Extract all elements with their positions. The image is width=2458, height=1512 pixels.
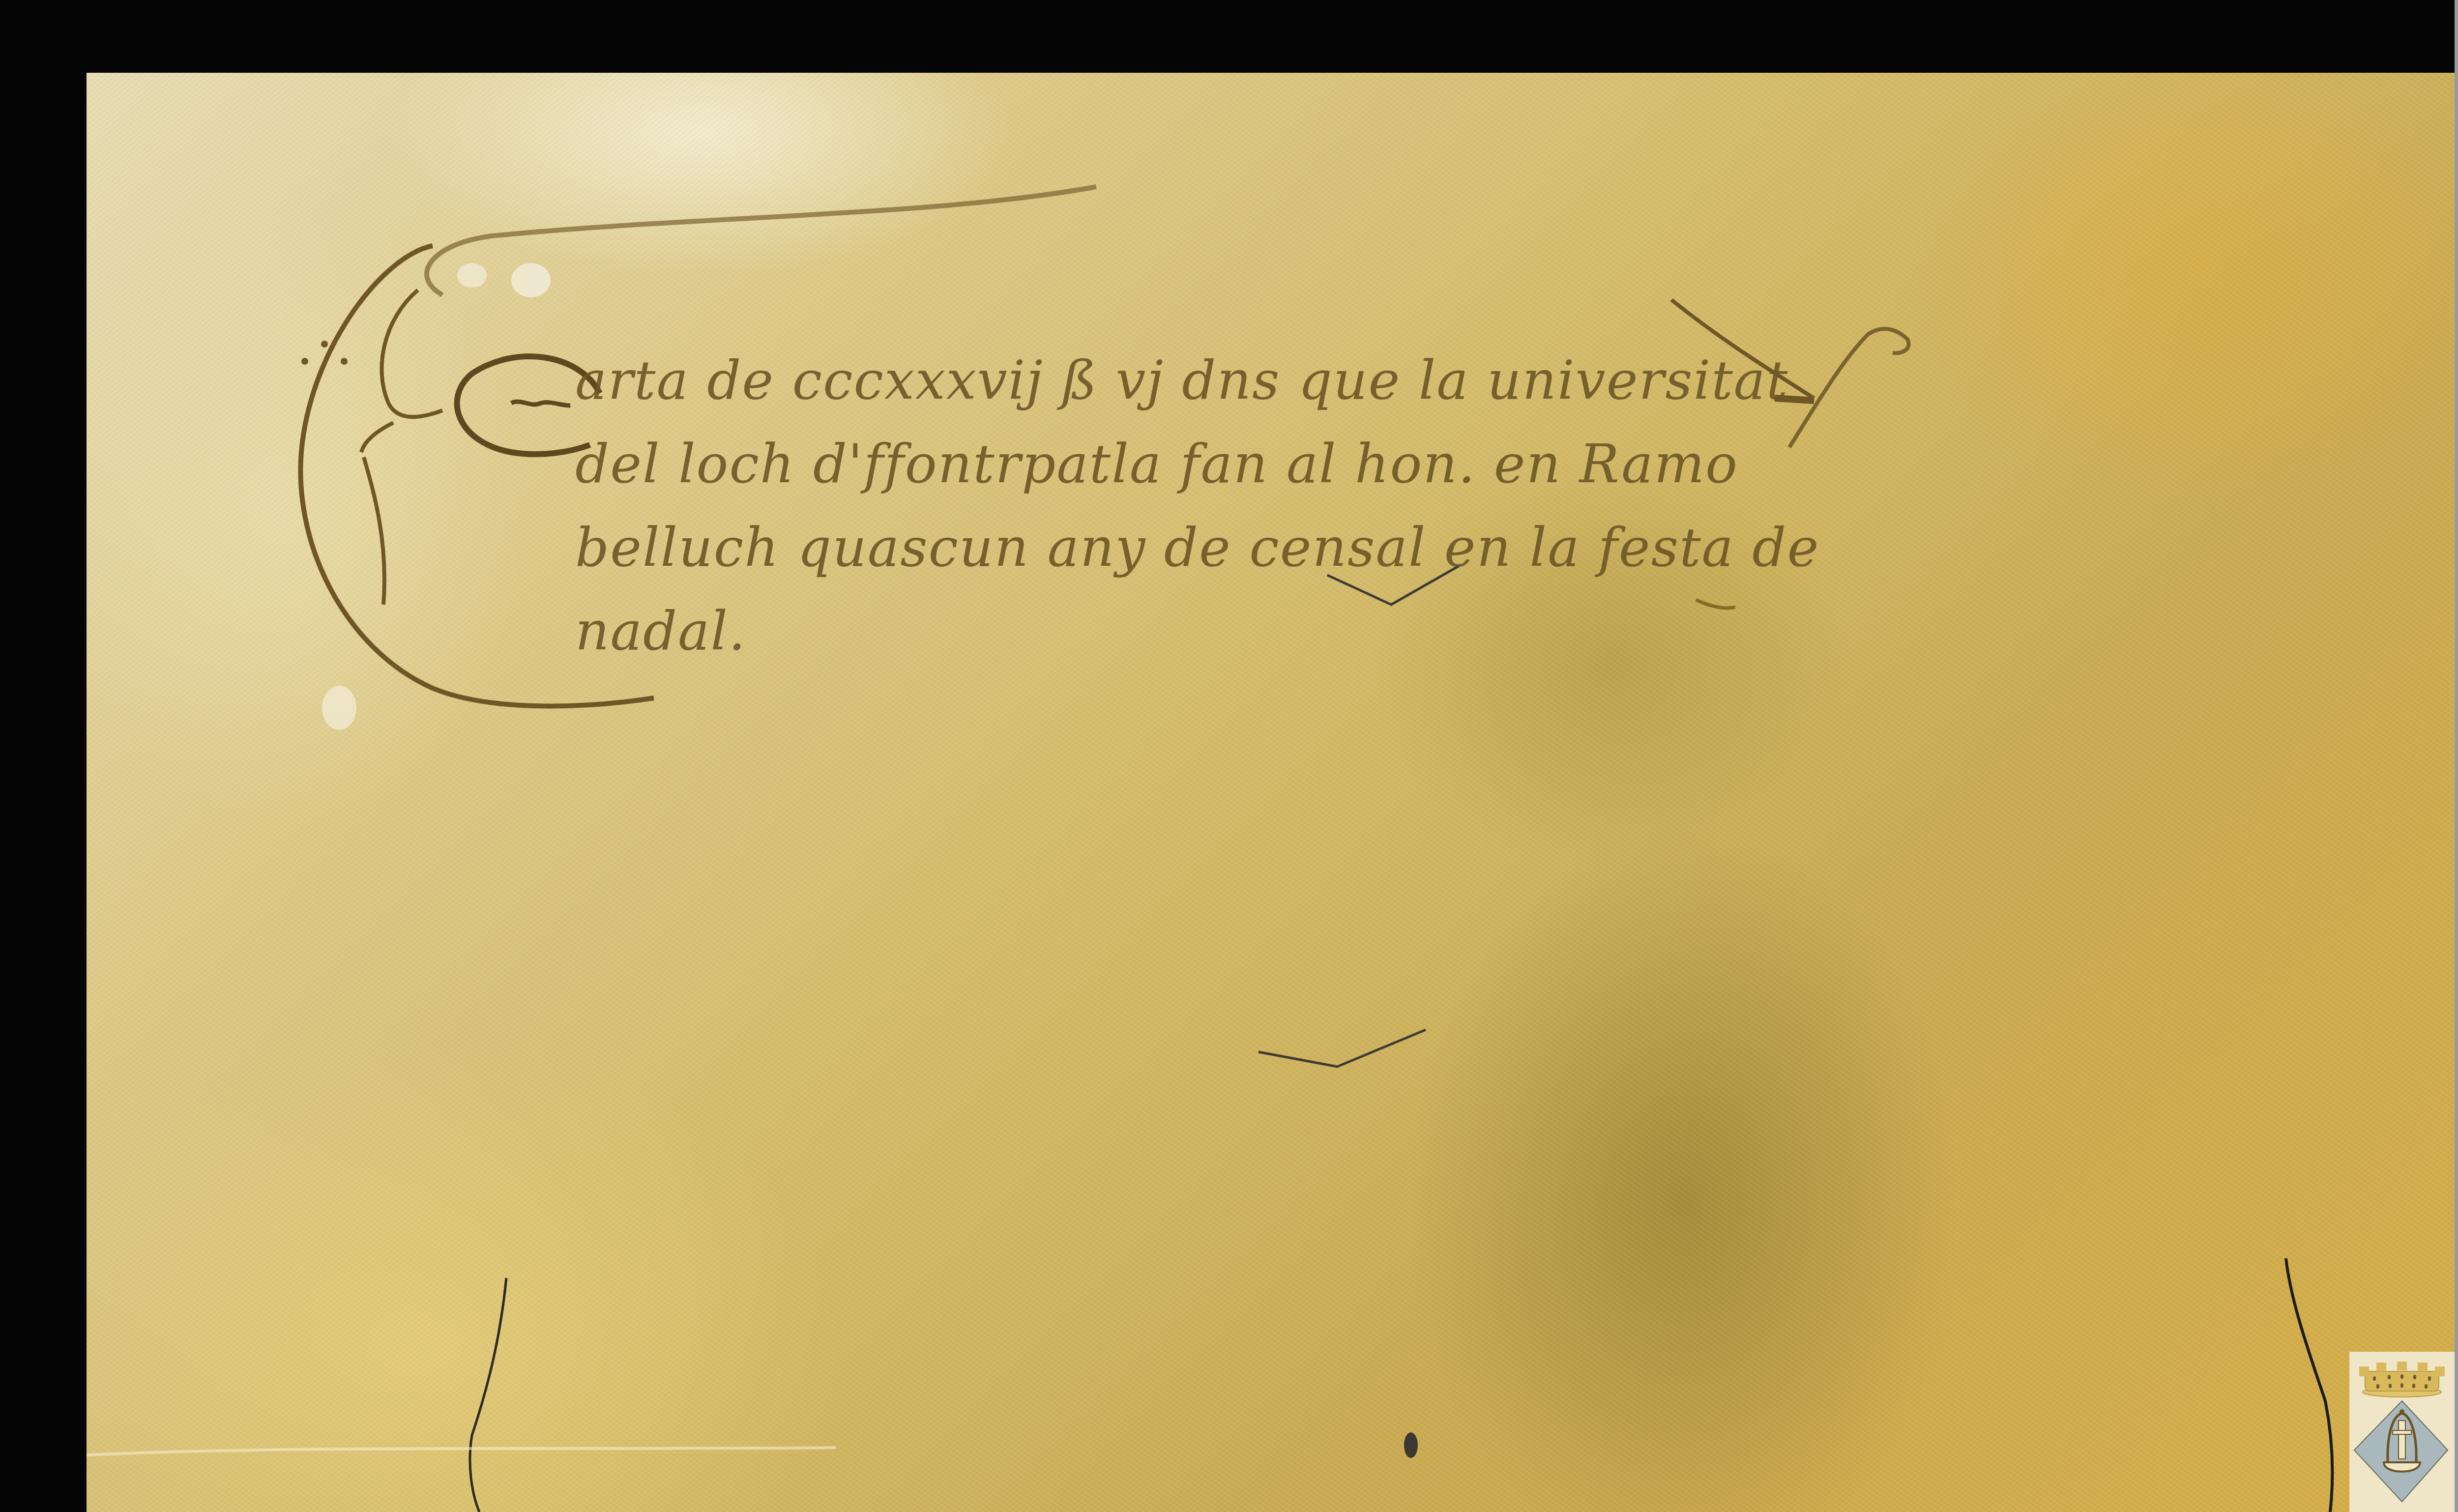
inner-bracket-stroke [361,290,442,605]
dark-hole [1404,1432,1418,1458]
crease-line [87,1448,836,1455]
initial-c-inner [511,402,570,406]
endorsement-line-1: arta de cccxxxvij ß vj dns que la univer… [575,339,1755,423]
mural-crown-icon [2359,1362,2445,1397]
endorsement-line-4: nadal. [575,590,1755,673]
dot-mark [301,358,308,365]
ink-marks [0,0,2458,1512]
dot-mark [321,341,328,348]
slit-left [470,1278,506,1512]
worn-patch [322,686,356,730]
fountain-lozenge-icon [2354,1401,2448,1502]
worn-patch [457,263,487,288]
endorsement-line-2: del loch d'ffontrpatla fan al hon. en Ra… [575,423,1755,506]
v-cut-lower [1258,1030,1426,1067]
coat-of-arms-icon [2349,1352,2455,1512]
endorsement-text: arta de cccxxxvij ß vj dns que la univer… [575,339,1755,673]
slit-right [2286,1258,2332,1512]
worn-patch [511,263,551,297]
coat-of-arms-logo [2349,1352,2455,1512]
endorsement-line-3: belluch quascun any de censal en la fest… [575,506,1755,590]
dot-mark [341,358,348,365]
paraph-stroke [1789,329,1909,447]
